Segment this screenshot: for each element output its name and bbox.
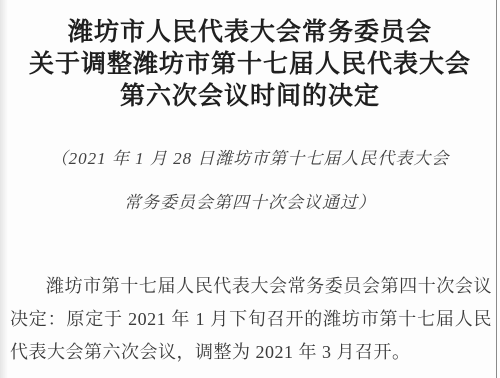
document-page: 潍坊市人民代表大会常务委员会 关于调整潍坊市第十七届人民代表大会 第六次会议时间… [0, 0, 500, 378]
session-note-line-2: 常务委员会第四十次会议通过） [0, 192, 500, 214]
title-line-3: 第六次会议时间的决定 [0, 80, 500, 112]
body-paragraph: 潍坊市第十七届人民代表大会常务委员会第四十次会议决定：原定于 2021 年 1 … [0, 270, 500, 369]
title-line-1: 潍坊市人民代表大会常务委员会 [0, 16, 500, 48]
session-note: （2021 年 1 月 28 日潍坊市第十七届人民代表大会 常务委员会第四十次会… [0, 148, 500, 214]
session-note-line-1: （2021 年 1 月 28 日潍坊市第十七届人民代表大会 [0, 148, 500, 170]
document-title: 潍坊市人民代表大会常务委员会 关于调整潍坊市第十七届人民代表大会 第六次会议时间… [0, 16, 500, 112]
title-line-2: 关于调整潍坊市第十七届人民代表大会 [0, 48, 500, 80]
